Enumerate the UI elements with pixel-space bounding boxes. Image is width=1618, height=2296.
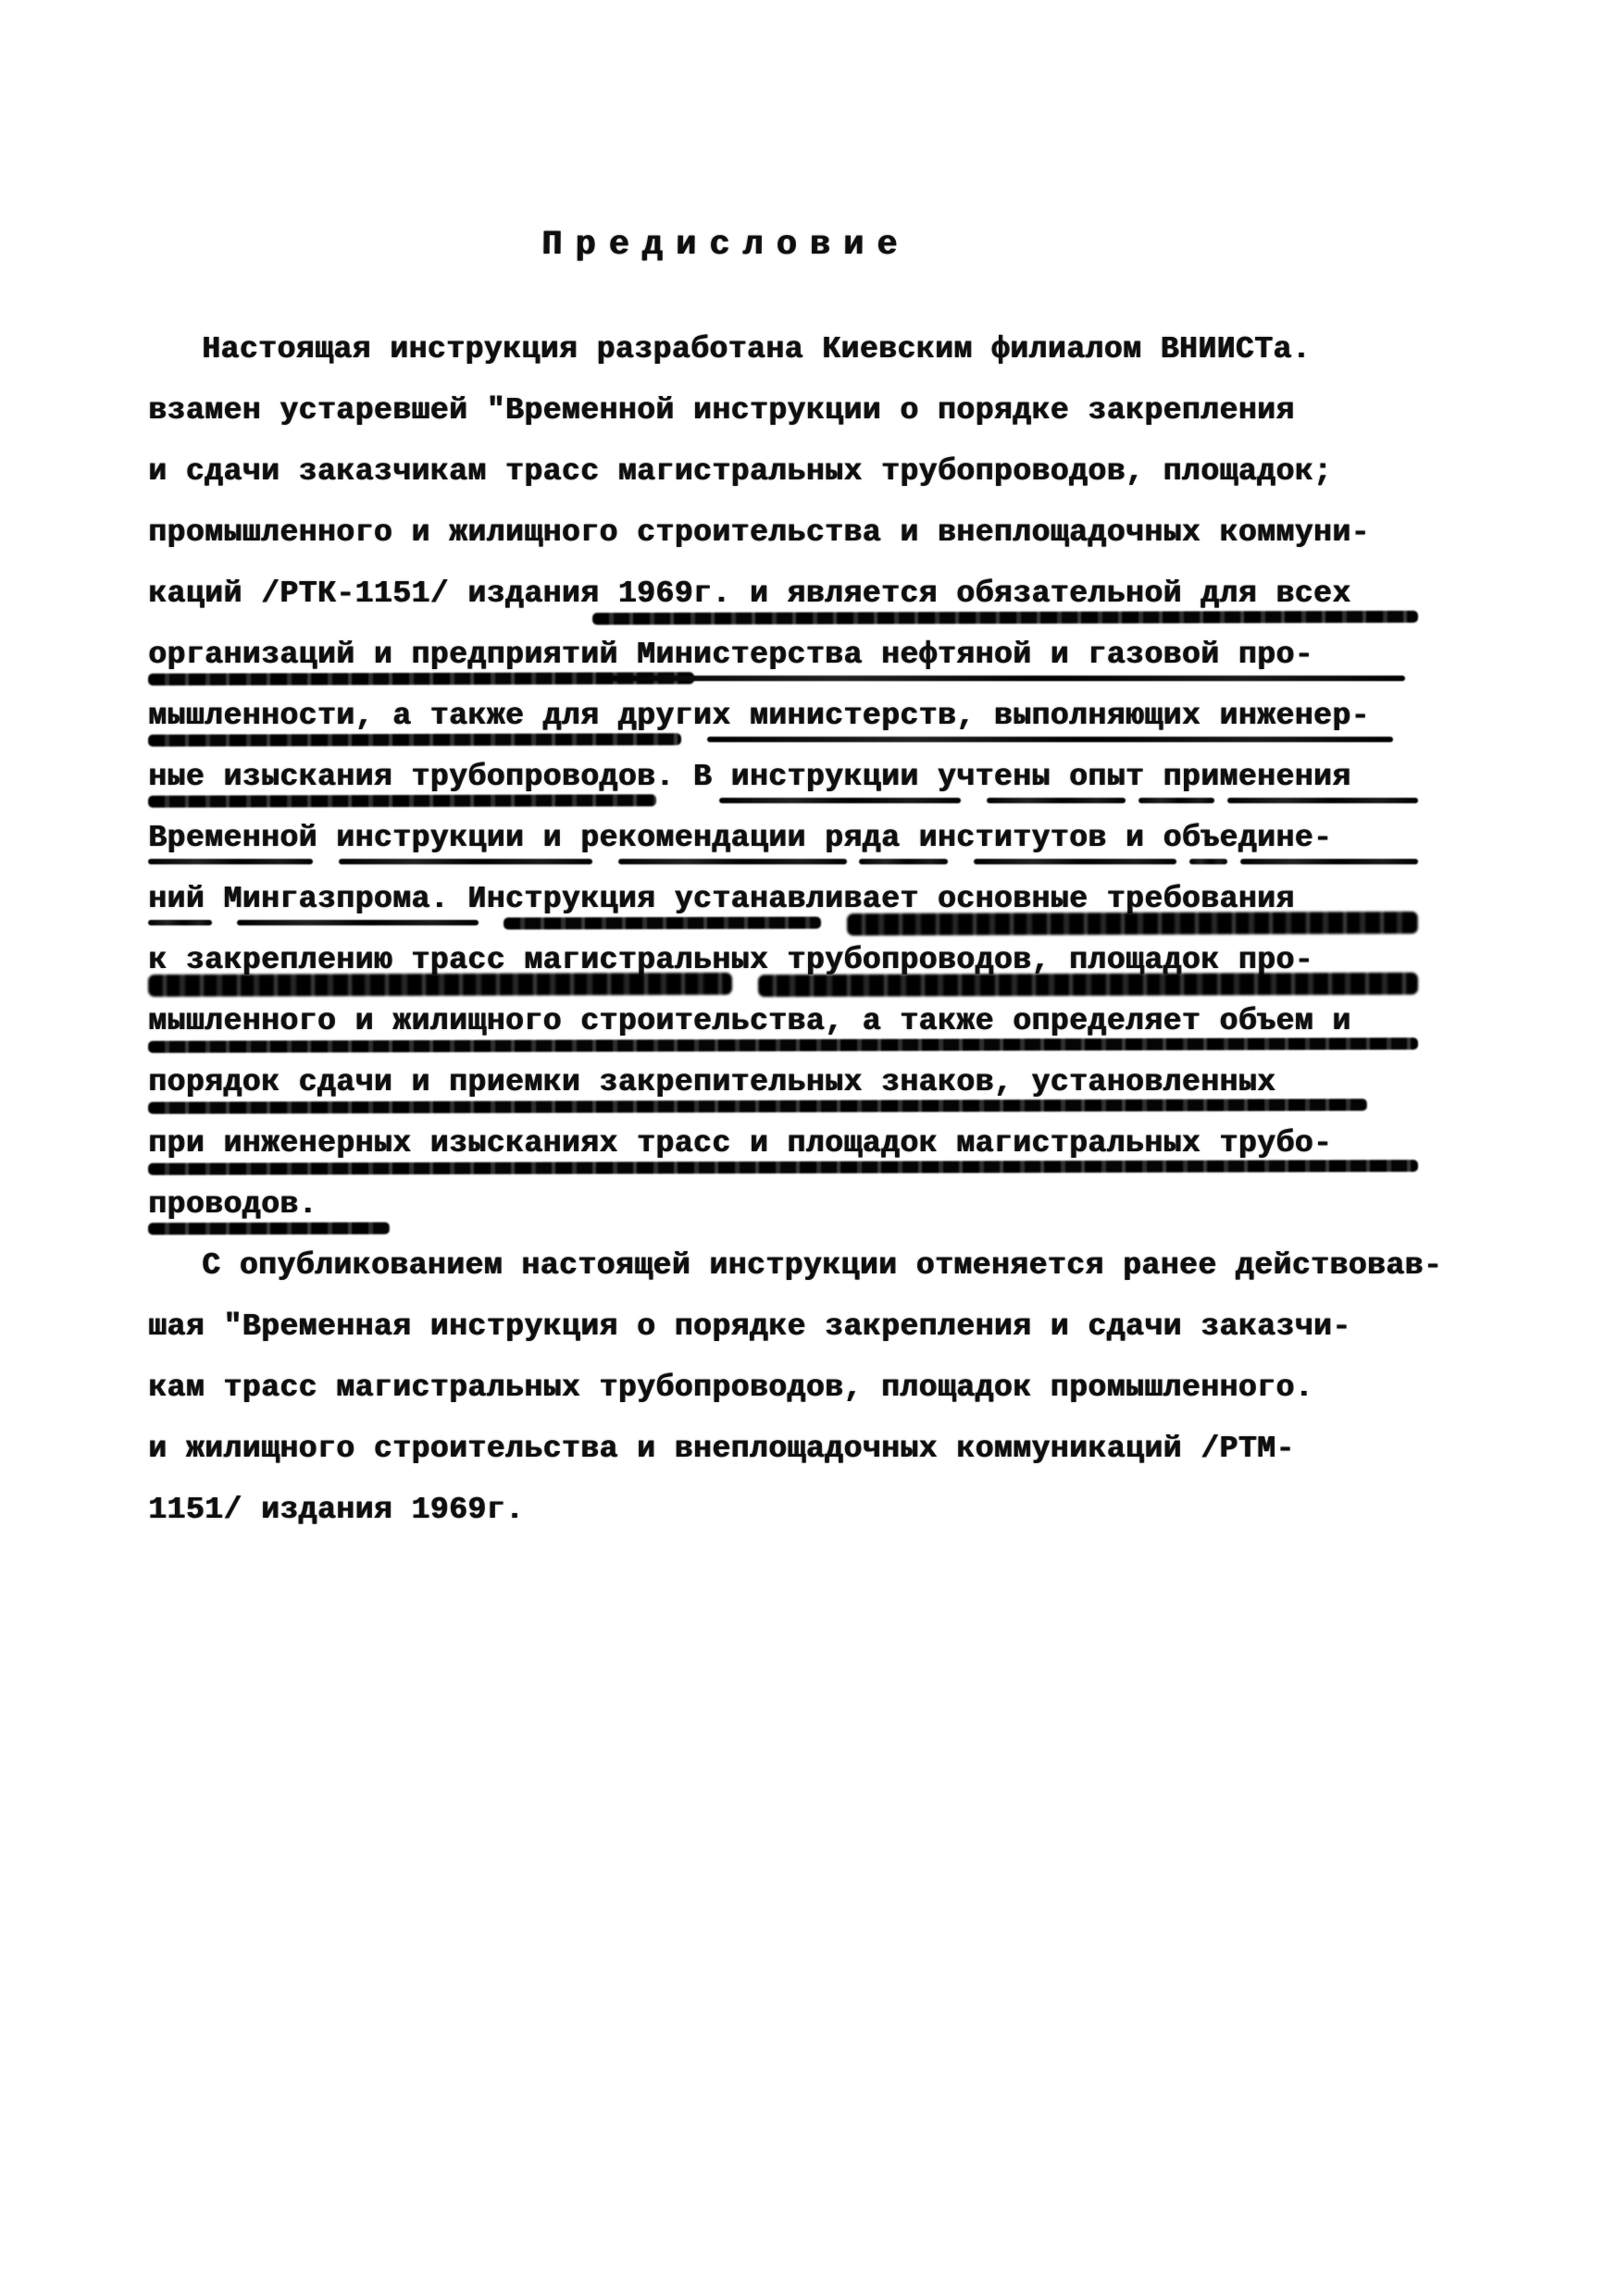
text-line-content: С опубликованием настоящей инструкции от…: [148, 1238, 1442, 1294]
underline-mark: [1227, 798, 1418, 803]
text-line: каций /РТК-1151/ издания 1969г. и являет…: [148, 566, 1418, 627]
text-line: шая "Временная инструкция о порядке закр…: [148, 1299, 1418, 1360]
text-line: при инженерных изысканиях трасс и площад…: [148, 1116, 1418, 1177]
underline-mark: [618, 859, 847, 864]
text-line: Настоящая инструкция разработана Киевски…: [148, 322, 1418, 383]
text-line: и сдачи заказчикам трасс магистральных т…: [148, 444, 1418, 505]
text-line-content: промышленного и жилищного строительства …: [148, 505, 1370, 561]
text-line: мышленного и жилищного строительства, а …: [148, 994, 1418, 1055]
underline-mark: [987, 798, 1126, 803]
underline-mark: [859, 859, 948, 864]
text-line: ний Мингазпрома. Инструкция устанавливае…: [148, 872, 1418, 933]
text-line: 1151/ издания 1969г.: [148, 1483, 1418, 1544]
text-line-content: и сдачи заказчикам трасс магистральных т…: [148, 444, 1332, 500]
scanned-document-page: Предисловие Настоящая инструкция разрабо…: [0, 0, 1618, 2296]
text-line: ные изыскания трубопроводов. В инструкци…: [148, 750, 1418, 811]
text-line-content: 1151/ издания 1969г.: [148, 1483, 524, 1538]
text-line: к закреплению трасс магистральных трубоп…: [148, 933, 1418, 994]
underline-mark: [1189, 859, 1227, 864]
underline-mark: [1139, 798, 1214, 803]
underline-mark: [148, 1160, 1418, 1175]
text-line: кам трасс магистральных трубопроводов, п…: [148, 1360, 1418, 1421]
document-body: Настоящая инструкция разработана Киевски…: [148, 322, 1418, 1544]
text-line-content: шая "Временная инструкция о порядке закр…: [148, 1299, 1350, 1355]
underline-mark: [592, 611, 1418, 625]
underline-mark: [1240, 859, 1418, 864]
text-line: мышленности, а также для других министер…: [148, 689, 1418, 750]
underline-mark: [148, 1222, 390, 1235]
text-line-content: кам трасс магистральных трубопроводов, п…: [148, 1360, 1313, 1416]
underline-mark: [605, 676, 1405, 681]
text-line: проводов.: [148, 1177, 1418, 1238]
text-line-content: взамен устаревшей "Временной инструкции …: [148, 383, 1295, 439]
underline-mark: [504, 917, 821, 930]
underline-mark: [148, 920, 212, 925]
underline-mark: [148, 1037, 1418, 1053]
text-line-content: Настоящая инструкция разработана Киевски…: [148, 322, 1311, 378]
text-line: промышленного и жилищного строительства …: [148, 505, 1418, 566]
text-line: порядок сдачи и приемки закрепительных з…: [148, 1055, 1418, 1116]
text-line: Временной инструкции и рекомендации ряда…: [148, 811, 1418, 872]
text-line-content: и жилищного строительства и внеплощадочн…: [148, 1421, 1295, 1477]
text-line-content: Временной инструкции и рекомендации ряда…: [148, 811, 1332, 866]
text-line: взамен устаревшей "Временной инструкции …: [148, 383, 1418, 444]
underline-mark: [339, 859, 592, 864]
text-line: и жилищного строительства и внеплощадочн…: [148, 1421, 1418, 1483]
underline-mark: [148, 794, 656, 807]
text-line: С опубликованием настоящей инструкции от…: [148, 1238, 1418, 1299]
underline-mark: [719, 798, 961, 803]
underline-mark: [974, 859, 1177, 864]
text-line: организаций и предприятий Министерства н…: [148, 627, 1418, 689]
underline-mark: [148, 859, 313, 864]
document-title: Предисловие: [541, 226, 911, 265]
underline-mark: [148, 1098, 1367, 1113]
underline-mark: [237, 920, 479, 925]
underline-mark: [707, 737, 1393, 742]
underline-mark: [148, 733, 681, 747]
